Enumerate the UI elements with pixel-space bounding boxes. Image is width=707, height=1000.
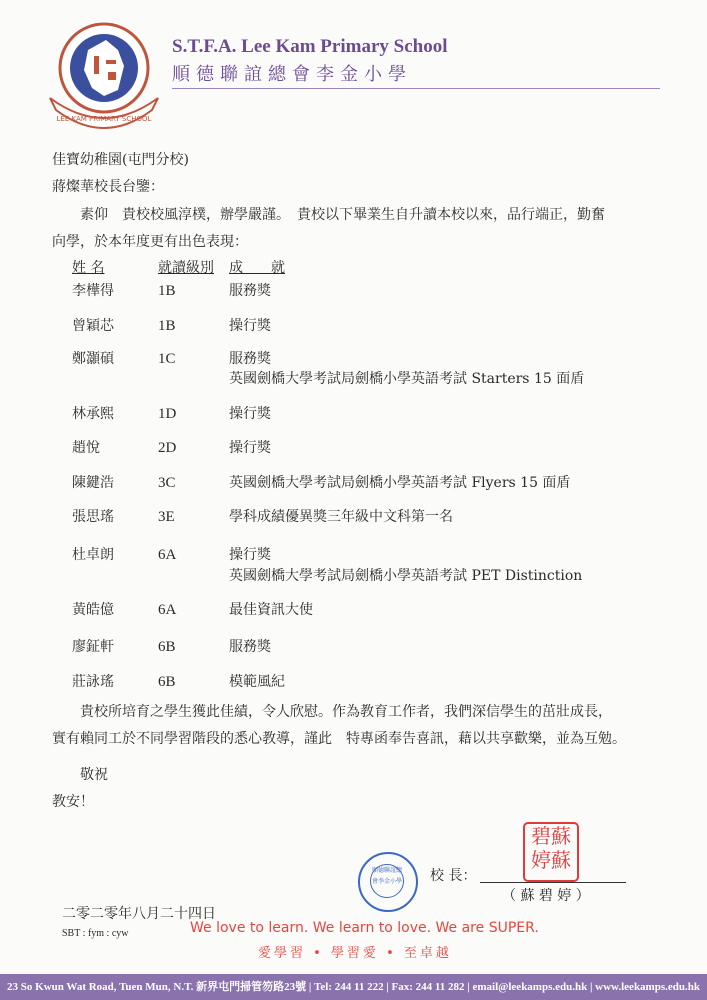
- student-name: 杜卓朗: [72, 545, 114, 565]
- achievement: 服務獎: [229, 281, 271, 301]
- chop-char: 蘇: [551, 824, 571, 848]
- recipient-salutation: 蔣燦華校長台鑒：: [52, 177, 164, 197]
- achievement: 操行獎: [229, 404, 271, 424]
- student-name: 鄭灝碩: [72, 349, 114, 369]
- student-class: 6A: [158, 545, 176, 565]
- header-name: 姓 名: [72, 258, 104, 278]
- achievement: 學科成績優異獎三年級中文科第一名: [229, 507, 453, 527]
- chop-char: 碧: [531, 824, 551, 848]
- principal-chop: 碧蘇 婷蘇: [523, 822, 579, 882]
- footer-bar: 23 So Kwun Wat Road, Tuen Mun, N.T. 新界屯門…: [0, 974, 707, 1000]
- achievement: 英國劍橋大學考試局劍橋小學英語考試 PET Distinction: [229, 566, 582, 586]
- intro-line-2: 向學，於本年度更有出色表現：: [52, 232, 248, 252]
- student-class: 1D: [158, 404, 176, 424]
- intro-line-1: 素仰 貴校校風淳樸，辦學嚴謹。 貴校以下畢業生自升讀本校以來，品行端正，勤奮: [80, 205, 605, 225]
- achievement: 英國劍橋大學考試局劍橋小學英語考試 Flyers 15 面盾: [229, 473, 570, 493]
- student-name: 趙悅: [72, 438, 100, 458]
- principal-label: 校 長：: [430, 866, 476, 886]
- reference-code: SBT : fym : cyw: [62, 928, 128, 939]
- principal-name: （ 蘇 碧 婷 ）: [502, 886, 590, 906]
- achievement: 操行獎: [229, 438, 271, 458]
- slogan-zh: 愛學習 • 學習愛 • 至卓越: [258, 942, 452, 961]
- school-seal: 順德聯誼總會李金小學: [358, 852, 418, 912]
- achievement: 模範風紀: [229, 672, 285, 692]
- student-name: 黃皓億: [72, 600, 114, 620]
- svg-text:LEE KAM PRIMARY SCHOOL: LEE KAM PRIMARY SCHOOL: [57, 115, 152, 123]
- student-class: 3E: [158, 507, 175, 527]
- slogan-en: We love to learn. We learn to love. We a…: [190, 920, 539, 936]
- achievement: 最佳資訊大使: [229, 600, 313, 620]
- student-class: 1B: [158, 316, 176, 336]
- header-achievement: 成 就: [229, 258, 285, 278]
- student-class: 6B: [158, 672, 176, 692]
- achievement: 操行獎: [229, 545, 271, 565]
- student-class: 2D: [158, 438, 176, 458]
- student-name: 廖鉦軒: [72, 637, 114, 657]
- student-name: 莊詠瑤: [72, 672, 114, 692]
- achievement: 英國劍橋大學考試局劍橋小學英語考試 Starters 15 面盾: [229, 369, 584, 389]
- header-divider: [172, 88, 660, 89]
- achievement: 服務獎: [229, 349, 271, 369]
- recipient-org: 佳寶幼稚園(屯門分校): [52, 150, 189, 170]
- signature-line: [480, 882, 626, 883]
- student-name: 曾穎芯: [72, 316, 114, 336]
- header-class: 就讀級別: [158, 258, 214, 278]
- closing-line-1: 貴校所培育之學生獲此佳績，令人欣慰。作為教育工作者，我們深信學生的茁壯成長，: [80, 702, 612, 722]
- closing-line-2: 實有賴同工於不同學習階段的悉心教導，謹此 特專函奉告喜訊，藉以共享歡樂，並為互勉…: [52, 729, 626, 749]
- student-name: 張思瑤: [72, 507, 114, 527]
- school-logo: LEE KAM PRIMARY SCHOOL: [44, 20, 160, 132]
- student-name: 陳鍵浩: [72, 473, 114, 493]
- student-class: 6A: [158, 600, 176, 620]
- student-name: 林承熙: [72, 404, 114, 424]
- chop-char: 蘇: [551, 848, 571, 872]
- student-class: 1B: [158, 281, 176, 301]
- student-class: 3C: [158, 473, 176, 493]
- student-name: 李樺得: [72, 281, 114, 301]
- chop-char: 婷: [531, 848, 551, 872]
- school-name-zh: 順德聯誼總會李金小學: [172, 60, 412, 86]
- school-name-en: S.T.F.A. Lee Kam Primary School: [172, 36, 447, 58]
- student-class: 6B: [158, 637, 176, 657]
- achievement: 服務獎: [229, 637, 271, 657]
- closing-wish: 敬祝: [80, 765, 108, 785]
- closing-regards: 教安！: [52, 792, 94, 812]
- student-class: 1C: [158, 349, 176, 369]
- achievement: 操行獎: [229, 316, 271, 336]
- seal-text: 順德聯誼總會李金小學: [370, 864, 404, 898]
